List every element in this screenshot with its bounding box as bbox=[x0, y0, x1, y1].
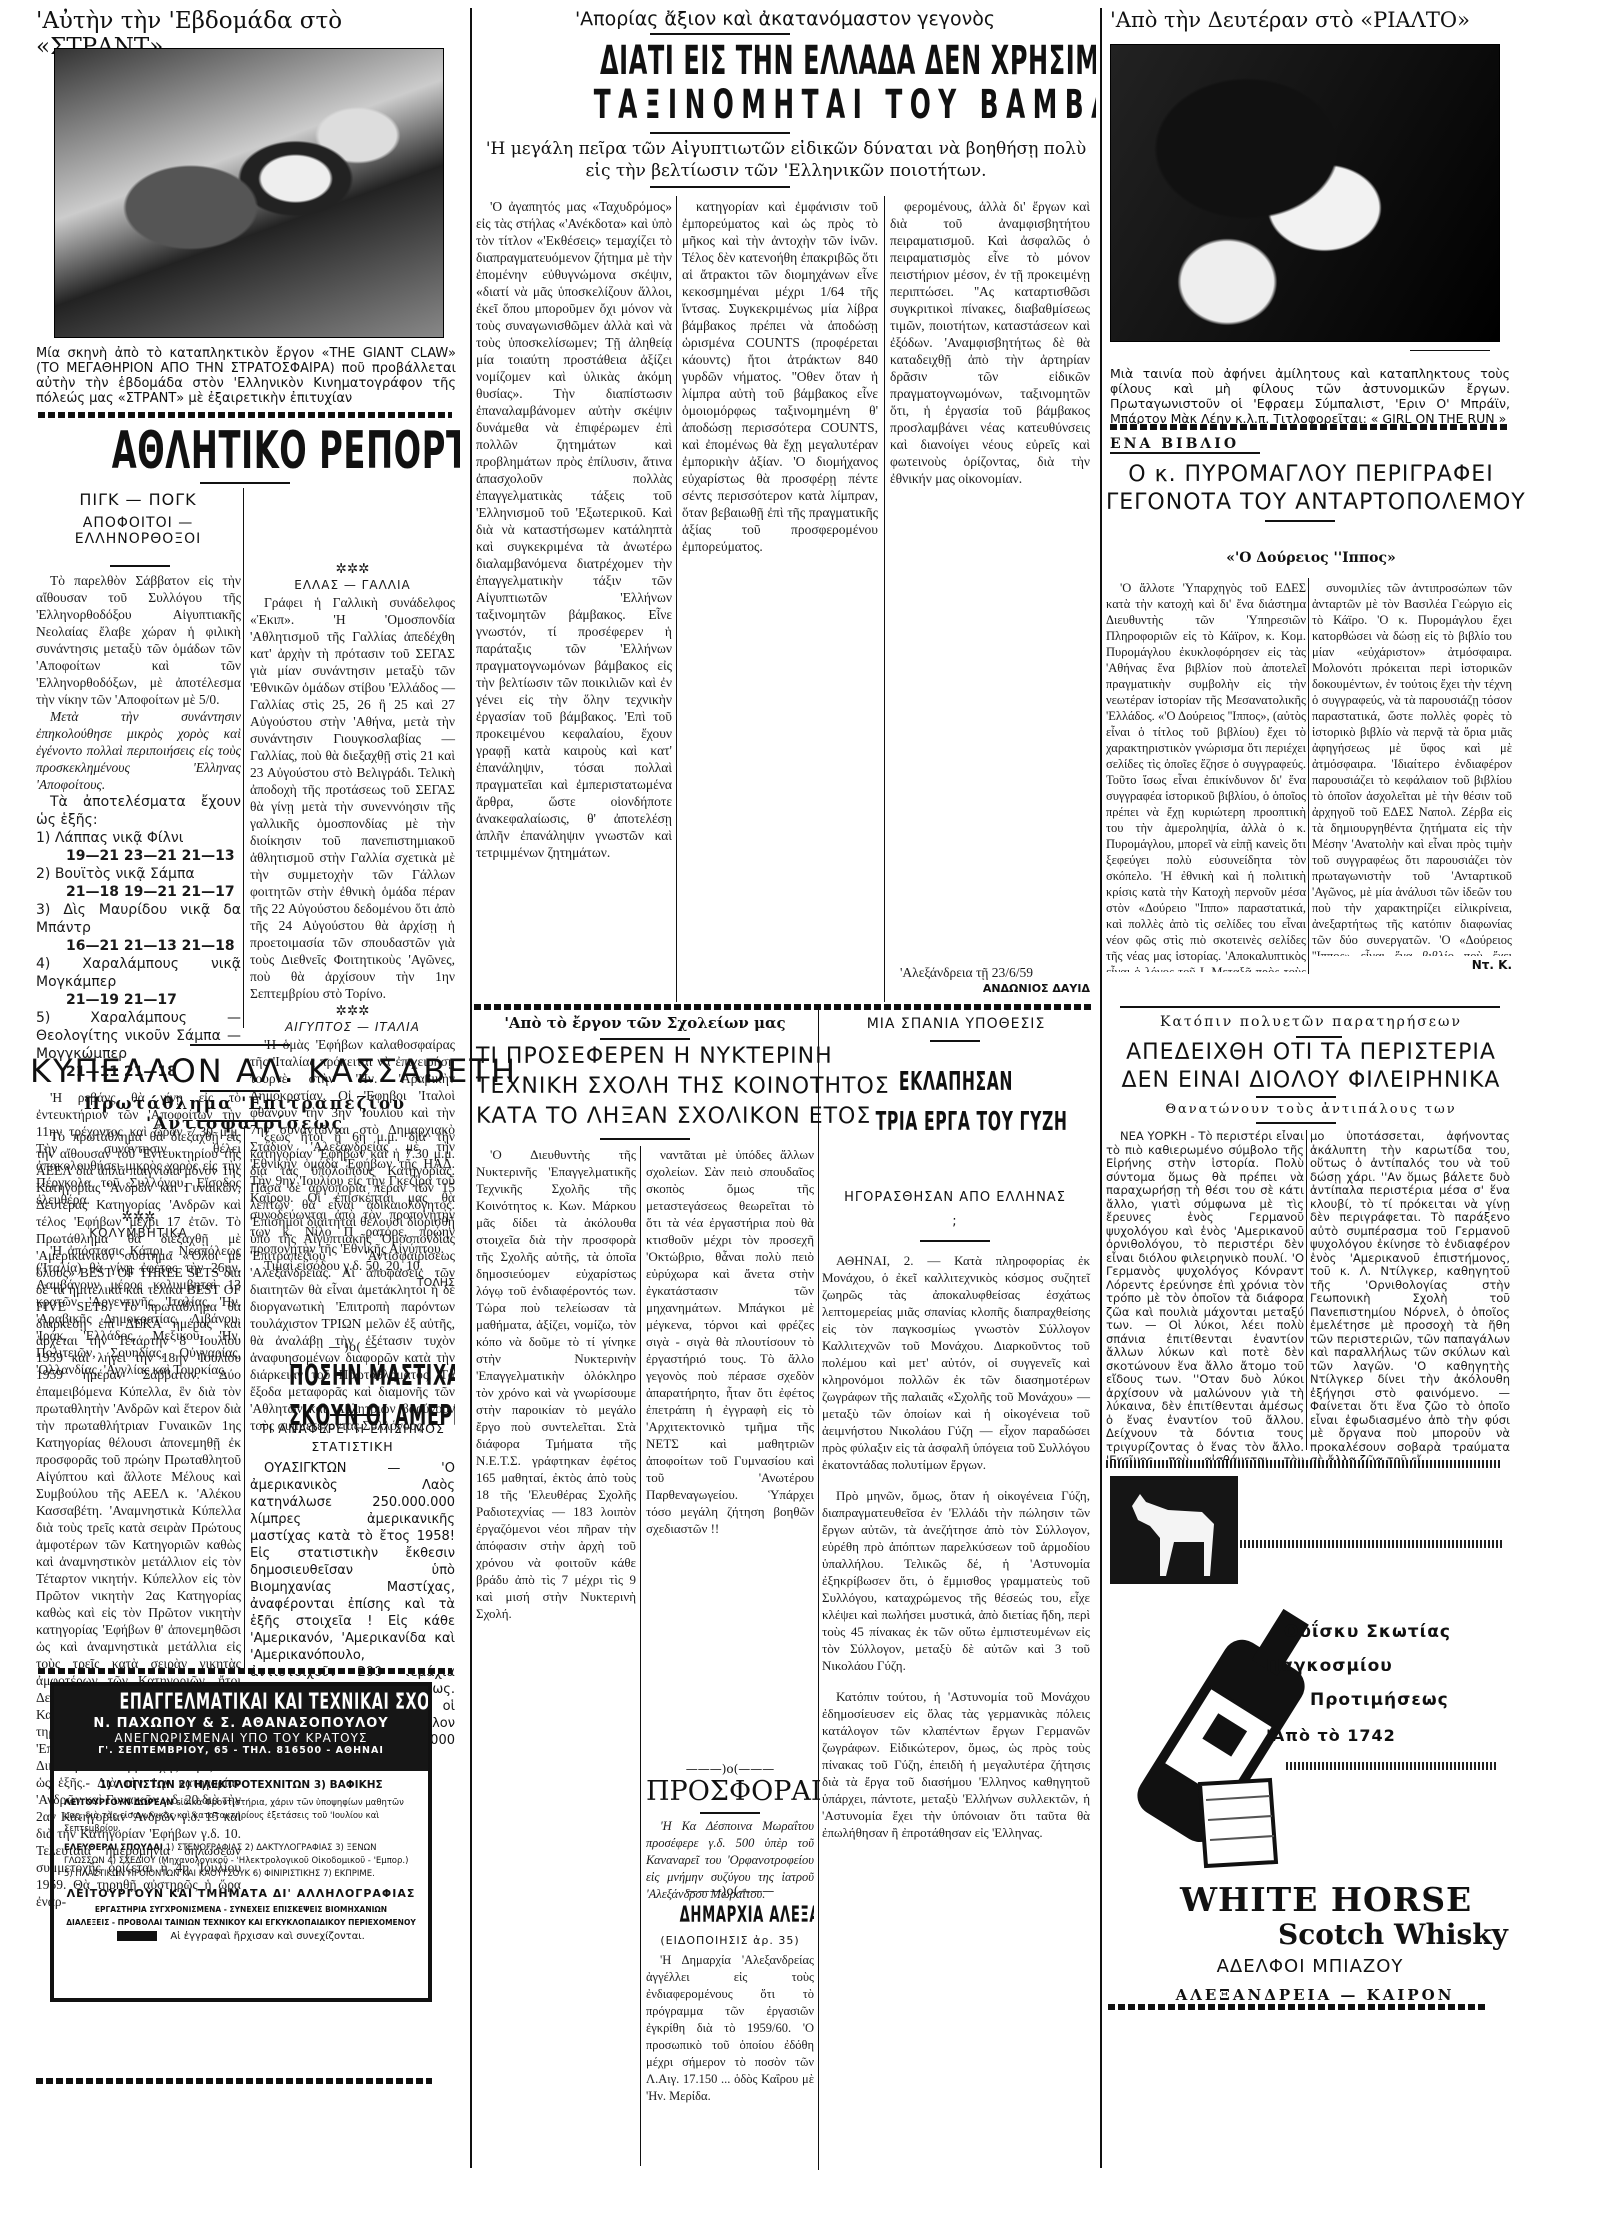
night-school-headline-line3: ΚΑΤΑ ΤΟ ΛΗΞΑΝ ΣΧΟΛΙΚΟΝ ΕΤΟΣ bbox=[476, 1104, 814, 1129]
municipality-title: ΔΗΜΑΡΧΙΑ ΑΛΕΞΑΝΔΡΕΙΑΣ bbox=[680, 1900, 781, 1932]
sports-top-rule bbox=[38, 412, 452, 418]
kassaveti-inner-rule bbox=[244, 1126, 245, 1671]
egypt-italy-title: ΑΙΓΥΠΤΟΣ — ΙΤΑΛΙΑ bbox=[250, 1019, 455, 1036]
book-signature: Ντ. Κ. bbox=[1312, 958, 1512, 972]
night-school-rule bbox=[640, 1146, 641, 2166]
book-section-label: ΕΝΑ ΒΙΒΛΙΟ bbox=[1110, 436, 1260, 454]
result-match: 3) Δὶς Μαυρίδου νικᾷ δα Μπάντρ bbox=[36, 901, 241, 937]
school-ad-enrolment: Αἱ ἐγγραφαὶ ἤρχισαν καὶ συνεχίζονται. bbox=[170, 1931, 365, 1942]
result-item: 1) Λάππας νικᾷ Φίλνι19—21 23—21 21—13 bbox=[36, 829, 241, 865]
cotton-headline-line1: ΔΙΑΤΙ ΕΙΣ ΤΗΝ ΕΛΛΑΔΑ ΔΕΝ ΧΡΗΣΙΜΟΠΟΙΟΥΝΤΑ… bbox=[600, 38, 972, 84]
gyzis-text-1: ΑΘΗΝΑΙ, 2. — Κατὰ πληροφορίας ἐκ Μονάχου… bbox=[822, 1252, 1090, 1473]
municipality-separator: ———)o(——— bbox=[646, 1884, 814, 1898]
pigeons-inner-rule bbox=[1306, 1130, 1307, 1450]
gyzis-headline-line1: ΕΚΛΑΠΗΣΑΝ bbox=[876, 1064, 1037, 1100]
whisky-tagline-2: Παγκοσμίου bbox=[1266, 1656, 1393, 1676]
strand-film-photo bbox=[54, 48, 444, 338]
cotton-kicker-rule bbox=[650, 33, 790, 35]
book-headline-line2: ΓΕΓΟΝΟΤΑ ΤΟΥ ΑΝΤΑΡΤΟΠΟΛΕΜΟΥ bbox=[1106, 490, 1516, 515]
school-ad-top-rule bbox=[38, 1668, 452, 1674]
results-label: Τὰ ἀποτελέσματα ἔχουν ὡς ἑξῆς: bbox=[36, 793, 241, 829]
whisky-cities: ΑΛΕΞΑΝΔΡΕΙΑ — ΚΑΙΡΟΝ bbox=[1150, 1986, 1480, 2004]
pingpong-after: Μετὰ τὴν συνάντησιν ἐπηκολούθησε μικρὸς … bbox=[36, 708, 241, 793]
result-score: 21—19 21—17 bbox=[36, 991, 241, 1009]
book-headline-line1: Ο κ. ΠΥΡΟΜΑΓΛΟΥ ΠΕΡΙΓΡΑΦΕΙ bbox=[1106, 462, 1516, 487]
result-item: 2) Βουϊτὸς νικᾷ Σάμπα21—18 19—21 21—17 bbox=[36, 865, 241, 901]
result-score: 21—18 19—21 21—17 bbox=[36, 883, 241, 901]
school-ad-badge-icon bbox=[117, 1931, 157, 1941]
mastic-rule bbox=[330, 1414, 380, 1416]
whisky-tagline-1: Οὐΐσκυ Σκωτίας bbox=[1284, 1622, 1451, 1642]
pigeons-col2: μο ὑποτάσσεται, ἀφήνοντας ἀκάλυπτη τὴν κ… bbox=[1310, 1130, 1510, 1460]
offers-separator: ———)o(——— bbox=[646, 1762, 814, 1776]
horse-emblem-icon bbox=[1110, 1476, 1238, 1584]
pigeons-headline-rule bbox=[1256, 1096, 1336, 1098]
kassaveti-top-rule bbox=[190, 1044, 290, 1046]
whisky-product: Scotch Whisky bbox=[1278, 1918, 1508, 1951]
mastic-subtitle: ΤΙ ΑΝΑΦΕΡΕΙ Η ΕΠΙΣΗΜΟΣ ΣΤΑΤΙΣΤΙΚΗ bbox=[250, 1420, 455, 1456]
rialto-kicker: 'Απὸ τὴν Δευτέραν στὸ «ΡΙΑΛΤΟ» bbox=[1110, 8, 1590, 32]
pigeons-subtitle: Θανατώνουν τοὺς ἀντιπάλους των bbox=[1106, 1102, 1516, 1117]
school-ad-labs: ΕΡΓΑΣΤΗΡΙΑ ΣΥΓΧΡΟΝΙΣΜΕΝΑ - ΣΥΝΕΧΕΙΣ ΕΠΙΣ… bbox=[64, 1905, 418, 1914]
cotton-deck-rule bbox=[650, 186, 790, 188]
gyzis-rule bbox=[818, 1010, 819, 2170]
pigeons-col1: ΝΕΑ ΥΟΡΚΗ - Τὸ περιστέρι εἶναι τὸ πιὸ κα… bbox=[1106, 1130, 1304, 1460]
sports-banner: ΑΘΛΗΤΙΚΟ ΡΕΠΟΡΤΑΖ ΤΗΣ ΗΜΕΡΑΣ bbox=[112, 420, 379, 482]
night-school-headline-rule bbox=[600, 1138, 690, 1140]
school-ad-header: ΕΠΑΓΓΕΛΜΑΤΙΚΑΙ ΚΑΙ ΤΕΧΝΙΚΑΙ ΣΧΟΛΑΙ Ν. ΠΑ… bbox=[54, 1686, 428, 1771]
whisky-hatch-rule-2 bbox=[1286, 1762, 1496, 1770]
school-advertisement: ΕΠΑΓΓΕΛΜΑΤΙΚΑΙ ΚΑΙ ΤΕΧΝΙΚΑΙ ΣΧΟΛΑΙ Ν. ΠΑ… bbox=[50, 1682, 432, 2002]
whisky-distributor: ΑΔΕΛΦΟΙ ΜΠΙΑΖΟΥ bbox=[1180, 1956, 1440, 1977]
gyzis-text-3: Κατόπιν τούτου, ἡ 'Αστυνομία τοῦ Μονάχου… bbox=[822, 1688, 1090, 1841]
greece-france-title: ΕΛΛΑΣ — ΓΑΛΛΙΑ bbox=[250, 577, 455, 594]
rialto-bottom-rule bbox=[1110, 424, 1510, 430]
cotton-col1: 'Ο ἀγαπητός μας «Ταχυδρόμος» εἰς τὰς στή… bbox=[476, 198, 672, 998]
cotton-headline-line2: ΤΑΞΙΝΟΜΗΤΑΙ ΤΟΥ ΒΑΜΒΑΚΟΣ; bbox=[594, 82, 978, 128]
kassaveti-title-rule bbox=[200, 1090, 280, 1092]
cotton-headline-rule bbox=[650, 132, 790, 134]
night-school-headline-line2: ΤΕΧΝΙΚΗ ΣΧΟΛΗ ΤΗΣ ΚΟΙΝΟΤΗΤΟΣ bbox=[476, 1074, 814, 1099]
night-school-kicker-rule bbox=[600, 1038, 690, 1040]
pigeons-bottom-rule bbox=[1106, 1460, 1502, 1468]
rialto-caption: Μιὰ ταινία ποὺ ἀφήνει ἀμίλητους καὶ κατα… bbox=[1110, 366, 1510, 426]
whisky-hatch-rule-1 bbox=[1240, 1540, 1502, 1548]
school-ad-owners: Ν. ΠΑΧΩΠΟΥ & Σ. ΑΘΑΝΑΣΟΠΟΥΛΟΥ bbox=[54, 1716, 428, 1731]
whisky-tagline-3: Προτιμήσεως bbox=[1310, 1690, 1449, 1710]
whisky-since: 'Απὸ τὸ 1742 bbox=[1266, 1726, 1396, 1745]
pingpong-intro: Τὸ παρελθὸν Σάββατον εἰς τὴν αἴθουσαν το… bbox=[36, 572, 241, 708]
school-ad-title: ΕΠΑΓΓΕΛΜΑΤΙΚΑΙ ΚΑΙ ΤΕΧΝΙΚΑΙ ΣΧΟΛΑΙ bbox=[119, 1690, 362, 1716]
night-school-col2: ναντᾶται μὲ ὑπόδες ἄλλων σχολείων. Σὰν π… bbox=[646, 1146, 814, 1746]
egypt-italy-stars: ✲✲✲ bbox=[250, 1002, 455, 1019]
gyzis-headline-line2: ΤΡΙΑ ΕΡΓΑ ΤΟΥ ΓΥΖΗ bbox=[876, 1104, 1037, 1140]
result-item: 3) Δὶς Μαυρίδου νικᾷ δα Μπάντρ16—21 21—1… bbox=[36, 901, 241, 955]
whisky-bottom-rule bbox=[1108, 2004, 1488, 2010]
result-score: 19—21 23—21 21—13 bbox=[36, 847, 241, 865]
result-score: 16—21 21—13 21—18 bbox=[36, 937, 241, 955]
result-match: 4) Χαραλάμπους νικᾷ Μογκάμπερ bbox=[36, 955, 241, 991]
mastic-separator: — )o( — bbox=[250, 1340, 455, 1354]
greece-france-text: Γράφει ἡ Γαλλικὴ συνάδελφος «Ἐκιπ». 'Η '… bbox=[250, 594, 455, 1002]
school-ad-correspondence: ΛΕΙΤΟΥΡΓΟΥΝ ΚΑΙ ΤΜΗΜΑΤΑ ΔΙ' ΑΛΛΗΛΟΓΡΑΦΙΑ… bbox=[64, 1887, 418, 1900]
pigeons-sub-rule bbox=[1256, 1122, 1336, 1124]
pingpong-subtitle: ΑΠΟΦΟΙΤΟΙ — ΕΛΛΗΝΟΡΘΟΞΟΙ bbox=[38, 515, 238, 547]
school-ad-free-studies-label: ΕΛΕΥΘΕΡΑΙ ΣΠΟΥΔΑΙ bbox=[64, 1843, 163, 1853]
pigeons-headline-line2: ΔΕΝ ΕΙΝΑΙ ΔΙΟΛΟΥ ΦΙΛΕΙΡΗΝΙΚΑ bbox=[1106, 1068, 1516, 1093]
column-rule-right bbox=[1100, 8, 1102, 2168]
cotton-rule-2 bbox=[884, 196, 885, 1002]
school-ad-bottom-rule bbox=[36, 2078, 432, 2084]
night-school-col1: 'Ο Διευθυντὴς τῆς Νυκτερινῆς 'Επαγγελματ… bbox=[476, 1146, 636, 2166]
kassaveti-title: ΚΥΠΕΛΛΟΝ ΑΛ. ΚΑΣΣΑΒΕΤΗ bbox=[30, 1052, 460, 1090]
result-item: 4) Χαραλάμπους νικᾷ Μογκάμπερ21—19 21—17 bbox=[36, 955, 241, 1009]
white-horse-icon bbox=[1110, 1476, 1238, 1584]
pingpong-title: ΠΙΓΚ — ΠΟΓΚ bbox=[38, 490, 238, 509]
cotton-col2: κατηγορίαν καὶ ἐμφάνισιν τοῦ ἐμπορεύματο… bbox=[682, 198, 878, 998]
school-ad-courses: 1) ΛΟΓΙΣΤΩΝ 2) ΗΛΕΚΤΡΟΤΕΧΝΙΤΩΝ 3) ΒΑΦΙΚΗ… bbox=[64, 1779, 418, 1791]
cotton-signoff-date: 'Αλεξάνδρεια τῇ 23/6/59 bbox=[900, 964, 1090, 981]
school-ad-recognition: ΑΝΕΓΝΩΡΙΣΜΕΝΑΙ ΥΠΟ ΤΟΥ ΚΡΑΤΟΥΣ bbox=[54, 1731, 428, 1745]
result-match: 2) Βουϊτὸς νικᾷ Σάμπα bbox=[36, 865, 241, 883]
rialto-film-photo bbox=[1110, 44, 1500, 342]
school-ad-free-prep-label: ΛΕΙΤΟΥΡΓΟΥΝ ΔΩΡΕΑΝ bbox=[64, 1798, 173, 1808]
book-bottom-rule bbox=[1120, 1006, 1500, 1008]
municipality-text: 'Η Δημαρχία 'Αλεξανδρείας ἀγγέλλει εἰς τ… bbox=[646, 1952, 814, 2162]
gyzis-kicker-rule bbox=[930, 1040, 980, 1042]
offers-rule bbox=[700, 1812, 760, 1814]
cotton-signoff-name: ΑΝΔΩΝΙΟΣ ΔΑΥΙΔ bbox=[900, 982, 1090, 995]
center-mid-rule bbox=[474, 1004, 1094, 1010]
book-headline-rule bbox=[1265, 520, 1335, 522]
sports-inner-rule bbox=[243, 488, 244, 1028]
book-col1: 'Ο ἄλλοτε 'Υπαρχηγὸς τοῦ ΕΔΕΣ κατὰ τὴν κ… bbox=[1106, 580, 1306, 972]
cotton-rule-1 bbox=[676, 196, 677, 1002]
kassaveti-sub-rule bbox=[200, 1120, 280, 1122]
whisky-brand: WHITE HORSE bbox=[1180, 1880, 1480, 1919]
pigeons-kicker-rule bbox=[1296, 1036, 1342, 1038]
school-ad-lectures: ΔΙΑΛΕΞΕΙΣ - ΠΡΟΒΟΛΑΙ ΤΑΙΝΙΩΝ ΤΕΧΝΙΚΟΥ ΚΑ… bbox=[64, 1918, 418, 1927]
pigeons-kicker: Κατόπιν πολυετῶν παρατηρήσεων bbox=[1106, 1014, 1516, 1030]
cotton-col3: φερομένους, ἀλλὰ δι' ἔργων καὶ διὰ τοῦ ἀ… bbox=[890, 198, 1090, 958]
cotton-kicker: 'Απορίας ἄξιον καὶ ἀκατανόμαστον γεγονὸς bbox=[480, 8, 1090, 30]
school-ad-address: Γ'. ΣΕΠΤΕΜΒΡΙΟΥ, 65 - ΤΗΛ. 816500 - ΑΘΗΝ… bbox=[54, 1745, 428, 1756]
gyzis-text-2: Πρὸ μηνῶν, ὅμως, ὅταν ἡ οἰκογένεια Γύζη,… bbox=[822, 1487, 1090, 1674]
book-col2: συνομιλίες τῶν ἀντιπροσώπων τῶν ἀνταρτῶν… bbox=[1312, 580, 1512, 956]
sports-banner-underline bbox=[200, 482, 290, 484]
gyzis-kicker: ΜΙΑ ΣΠΑΝΙΑ ΥΠΟΘΕΣΙΣ bbox=[822, 1016, 1090, 1032]
pigeons-headline-line1: ΑΠΕΔΕΙΧΘΗ ΟΤΙ ΤΑ ΠΕΡΙΣΤΕΡΙΑ bbox=[1106, 1040, 1516, 1065]
pingpong-rule bbox=[110, 565, 170, 567]
cotton-deck: 'Η μεγάλη πεῖρα τῶν Αἰγυπτιωτῶν εἰδικῶν … bbox=[476, 138, 1096, 182]
greece-france-stars: ✲✲✲ bbox=[250, 560, 455, 577]
night-school-kicker: 'Απὸ τὸ ἔργον τῶν Σχολείων μας bbox=[476, 1014, 814, 1032]
mastic-title-line1: ΠΟΣΗΝ ΜΑΣΤΙΧΑΝ ΚΑΤΑΝΑΛΙ- bbox=[289, 1356, 416, 1396]
night-school-headline-line1: ΤΙ ΠΡΟΣΕΦΕΡΕΝ Η ΝΥΚΤΕΡΙΝΗ bbox=[476, 1044, 814, 1069]
strand-caption: Μία σκηνὴ ἀπὸ τὸ καταπληκτικὸν ἔργον «TH… bbox=[36, 346, 456, 406]
result-match: 1) Λάππας νικᾷ Φίλνι bbox=[36, 829, 241, 847]
gyzis-subhead: ΗΓΟΡΑΣΘΗΣΑΝ ΑΠΟ ΕΛΛΗΝΑΣ ; bbox=[840, 1186, 1070, 1234]
book-inner-rule bbox=[1308, 578, 1309, 974]
offers-title: ΠΡΟΣΦΟΡΑΙ bbox=[646, 1776, 814, 1807]
book-subtitle: «'Ο Δούρειος ''Ιππος» bbox=[1106, 550, 1516, 566]
gyzis-sub-rule bbox=[920, 1240, 990, 1242]
municipality-subtitle: (ΕΙΔΟΠΟΙΗΣΙΣ ἀρ. 35) bbox=[646, 1934, 814, 1947]
rialto-photo-mark bbox=[1410, 350, 1490, 351]
